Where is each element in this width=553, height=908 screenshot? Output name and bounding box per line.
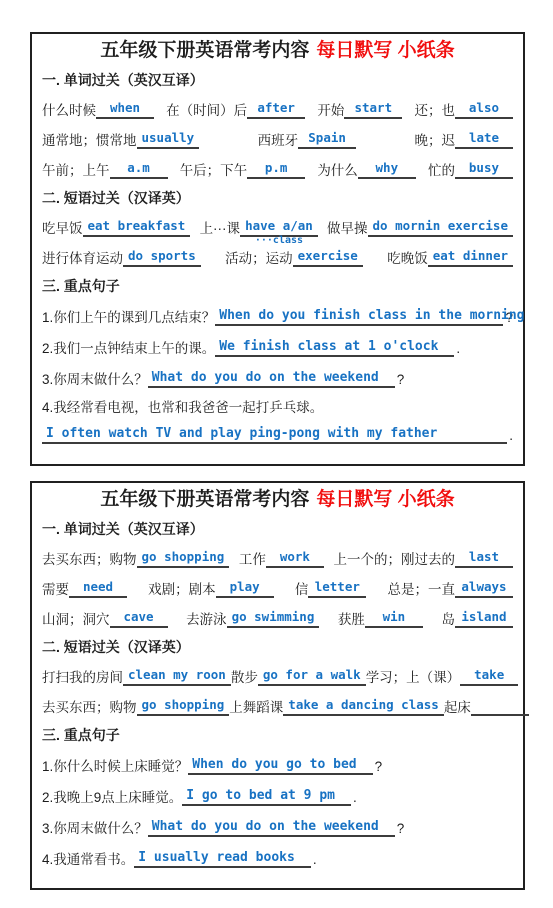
term-label: 吃早饭 xyxy=(42,221,83,237)
answer-text: When do you go to bed xyxy=(192,757,356,772)
answer-text: go swimming xyxy=(232,609,315,624)
answer-text: What do you do on the weekend xyxy=(152,819,379,834)
answer-blank: have a/an···class xyxy=(240,217,318,237)
term-pair: 为什么why xyxy=(317,159,416,179)
answer-text: play xyxy=(230,579,260,594)
term-pair: 还；也also xyxy=(414,99,513,119)
answer-text: go shopping xyxy=(142,549,225,564)
term-row: 吃早饭eat breakfast上···课have a/an···class做早… xyxy=(42,217,513,237)
answer-blank: late xyxy=(455,129,513,149)
answer-blank: do mornin exercise xyxy=(368,217,513,237)
answer-blank: do sports xyxy=(123,247,201,267)
title-text: 五年级下册英语常考内容 xyxy=(100,489,309,510)
answer-text: take xyxy=(474,667,504,682)
term-label: 信 xyxy=(295,582,309,598)
term-label: 忙的 xyxy=(428,163,455,179)
term-label: 午前；上午 xyxy=(42,163,110,179)
term-pair: 需要need xyxy=(42,578,127,598)
section-heading: 三. 重点句子 xyxy=(42,726,513,744)
term-label: 戏剧；剧本 xyxy=(148,582,216,598)
term-pair: 山洞；洞穴cave xyxy=(42,608,168,628)
term-pair: 去买东西；购物go shopping xyxy=(42,696,229,716)
term-label: 打扫我的房间 xyxy=(42,670,123,686)
sentence-row: 1.你什么时候上床睡觉？When do you go to bed? xyxy=(42,755,513,775)
answer-blank: need xyxy=(69,578,127,598)
answer-text: do mornin exercise xyxy=(373,218,508,233)
sentence-punctuation: ? xyxy=(397,821,405,837)
term-label: 在（时间）后 xyxy=(166,103,247,119)
answer-text: late xyxy=(469,130,499,145)
term-label: 做早操 xyxy=(327,221,368,237)
answer-blank: also xyxy=(455,99,513,119)
answer-text: busy xyxy=(469,160,499,175)
answer-blank: always xyxy=(455,578,513,598)
term-label: 活动；运动 xyxy=(225,251,293,267)
term-pair: 信letter xyxy=(295,578,367,598)
section-heading: 二. 短语过关（汉译英） xyxy=(42,638,513,656)
term-row: 午前；上午a.m午后；下午p.m为什么why忙的busy xyxy=(42,159,513,179)
answer-text: do sports xyxy=(128,248,196,263)
term-pair: 开始start xyxy=(317,99,402,119)
answer-blank: win xyxy=(365,608,423,628)
term-pair: 上舞蹈课take a dancing class xyxy=(229,696,444,716)
answer-text: usually xyxy=(142,130,195,145)
term-label: 还；也 xyxy=(414,103,455,119)
term-pair: 忙的busy xyxy=(428,159,513,179)
answer-text: I go to bed at 9 pm xyxy=(186,788,335,803)
sentence-punctuation: . xyxy=(509,428,513,444)
section-heading: 三. 重点句子 xyxy=(42,277,513,295)
answer-text: also xyxy=(469,100,499,115)
answer-blank: when xyxy=(96,99,154,119)
sentence-punctuation: ? xyxy=(397,372,405,388)
term-label: 工作 xyxy=(239,552,266,568)
term-label: 获胜 xyxy=(338,612,365,628)
answer-blank: why xyxy=(358,159,416,179)
answer-blank: go swimming xyxy=(227,608,320,628)
answer-text: When do you finish class in the morning xyxy=(219,308,524,323)
term-label: 什么时候 xyxy=(42,103,96,119)
sentence-prompt: 3.你周末做什么？ xyxy=(42,820,148,837)
answer-text: I often watch TV and play ping-pong with… xyxy=(46,426,437,441)
term-pair: 做早操do mornin exercise xyxy=(327,217,513,237)
sentence-prompt: 4.我经常看电视，也常和我爸爸一起打乒乓球。 xyxy=(42,399,513,416)
answer-blank: go for a walk xyxy=(258,666,366,686)
sentence-answer-blank: What do you do on the weekend xyxy=(148,368,395,388)
term-label: 通常地；惯常地 xyxy=(42,133,137,149)
term-label: 为什么 xyxy=(317,163,358,179)
term-row: 什么时候when在（时间）后after开始start还；也also xyxy=(42,99,513,119)
sentence-answer-blank: When do you go to bed xyxy=(188,755,372,775)
sentence-prompt: 2.我晚上9点上床睡觉。 xyxy=(42,789,182,806)
sentence-answer-blank: I usually read books xyxy=(134,848,311,868)
sentence-row: 3.你周末做什么？What do you do on the weekend? xyxy=(42,817,513,837)
answer-text: eat dinner xyxy=(433,248,508,263)
term-label: 上一个的；刚过去的 xyxy=(333,552,455,568)
worksheet-page: 五年级下册英语常考内容每日默写 小纸条一. 单词过关（英汉互译）什么时候when… xyxy=(0,0,553,908)
term-label: 上舞蹈课 xyxy=(229,700,283,716)
term-label: 开始 xyxy=(317,103,344,119)
answer-blank: eat dinner xyxy=(428,247,513,267)
term-label: 总是；一直 xyxy=(387,582,455,598)
answer-text: last xyxy=(469,549,499,564)
answer-blank xyxy=(471,714,529,716)
term-pair: 什么时候when xyxy=(42,99,154,119)
term-pair: 午前；上午a.m xyxy=(42,159,168,179)
term-pair: 上一个的；刚过去的last xyxy=(333,548,513,568)
worksheet-panel-bottom: 五年级下册英语常考内容每日默写 小纸条一. 单词过关（英汉互译）去买东西；购物g… xyxy=(30,481,525,890)
sentence-answer-row: I often watch TV and play ping-pong with… xyxy=(42,424,513,444)
answer-text: cave xyxy=(123,609,153,624)
term-pair: 吃早饭eat breakfast xyxy=(42,217,190,237)
sentence-row: 4.我通常看书。I usually read books. xyxy=(42,848,513,868)
answer-text: What do you do on the weekend xyxy=(152,370,379,385)
worksheet-title: 五年级下册英语常考内容每日默写 小纸条 xyxy=(42,486,513,513)
answer-blank: usually xyxy=(137,129,200,149)
term-pair: 活动；运动exercise xyxy=(225,247,363,267)
term-pair: 起床 xyxy=(444,700,529,716)
answer-text: need xyxy=(83,579,113,594)
answer-text: start xyxy=(354,100,392,115)
term-pair: 获胜win xyxy=(338,608,423,628)
answer-blank: p.m xyxy=(247,159,305,179)
sentence-row: 2.我晚上9点上床睡觉。I go to bed at 9 pm. xyxy=(42,786,513,806)
answer-text: when xyxy=(110,100,140,115)
term-row: 去买东西；购物go shopping上舞蹈课take a dancing cla… xyxy=(42,696,513,716)
answer-blank: last xyxy=(455,548,513,568)
answer-text: Spain xyxy=(308,130,346,145)
term-label: 去买东西；购物 xyxy=(42,700,137,716)
title-accent-text: 每日默写 小纸条 xyxy=(316,489,454,510)
sentence-answer-blank: We finish class at 1 o'clock xyxy=(215,337,454,357)
sentence-answer-blank: When do you finish class in the morning xyxy=(215,306,503,326)
worksheet-panel-top: 五年级下册英语常考内容每日默写 小纸条一. 单词过关（英汉互译）什么时候when… xyxy=(30,32,525,466)
answer-text: a.m xyxy=(127,160,150,175)
sentence-row: 1.你们上午的课到几点结束？When do you finish class i… xyxy=(42,306,513,326)
answer-blank: cave xyxy=(110,608,168,628)
term-label: 起床 xyxy=(444,700,471,716)
answer-blank: work xyxy=(266,548,324,568)
answer-blank: play xyxy=(216,578,274,598)
answer-text: eat breakfast xyxy=(88,218,186,233)
term-pair: 去游泳go swimming xyxy=(186,608,319,628)
worksheet-title: 五年级下册英语常考内容每日默写 小纸条 xyxy=(42,37,513,64)
answer-text: always xyxy=(461,579,506,594)
term-pair: 戏剧；剧本play xyxy=(148,578,274,598)
answer-blank: Spain xyxy=(298,129,356,149)
term-label: 西班牙 xyxy=(258,133,299,149)
term-label: 散步 xyxy=(231,670,258,686)
term-pair: 去买东西；购物go shopping xyxy=(42,548,229,568)
sentence-prompt: 1.你们上午的课到几点结束？ xyxy=(42,309,215,326)
sentence-row: 2.我们一点钟结束上午的课。We finish class at 1 o'clo… xyxy=(42,337,513,357)
term-pair: 通常地；惯常地usually xyxy=(42,129,199,149)
answer-text: exercise xyxy=(298,248,358,263)
answer-blank: island xyxy=(455,608,513,628)
answer-subtext: ···class xyxy=(255,235,303,246)
answer-text: why xyxy=(376,160,399,175)
answer-text: take a dancing class xyxy=(288,697,439,712)
term-row: 需要need戏剧；剧本play信letter总是；一直always xyxy=(42,578,513,598)
answer-blank: go shopping xyxy=(137,696,230,716)
term-label: 晚；迟 xyxy=(415,133,456,149)
answer-text: after xyxy=(257,100,295,115)
sentence-answer-blank: I often watch TV and play ping-pong with… xyxy=(42,424,507,444)
section-heading: 二. 短语过关（汉译英） xyxy=(42,189,513,207)
term-pair: 工作work xyxy=(239,548,324,568)
sentence-answer-blank: What do you do on the weekend xyxy=(148,817,395,837)
answer-text: go for a walk xyxy=(263,667,361,682)
term-label: 上···课 xyxy=(200,221,241,237)
section-heading: 一. 单词过关（英汉互译） xyxy=(42,520,513,538)
term-row: 去买东西；购物go shopping工作work上一个的；刚过去的last xyxy=(42,548,513,568)
title-text: 五年级下册英语常考内容 xyxy=(100,40,309,61)
answer-blank: clean my roon xyxy=(123,666,231,686)
sentence-prompt: 2.我们一点钟结束上午的课。 xyxy=(42,340,215,357)
sentence-answer-blank: I go to bed at 9 pm xyxy=(182,786,351,806)
sentence-prompt: 1.你什么时候上床睡觉？ xyxy=(42,758,188,775)
term-pair: 西班牙Spain xyxy=(258,129,357,149)
term-row: 打扫我的房间clean my roon散步go for a walk学习；上（课… xyxy=(42,666,513,686)
sentence-punctuation: . xyxy=(353,790,357,806)
answer-text: island xyxy=(461,609,506,624)
answer-text: win xyxy=(383,609,406,624)
term-pair: 总是；一直always xyxy=(387,578,513,598)
answer-text: have a/an xyxy=(245,218,313,233)
term-pair: 学习；上（课）take xyxy=(366,666,519,686)
term-label: 午后；下午 xyxy=(180,163,248,179)
term-row: 进行体育运动do sports活动；运动exercise吃晚饭eat dinne… xyxy=(42,247,513,267)
answer-blank: take xyxy=(460,666,518,686)
answer-blank: exercise xyxy=(293,247,363,267)
sentence-punctuation: ? xyxy=(375,759,383,775)
section-heading: 一. 单词过关（英汉互译） xyxy=(42,71,513,89)
sentence-prompt: 4.我通常看书。 xyxy=(42,851,134,868)
term-label: 岛 xyxy=(441,612,455,628)
answer-blank: a.m xyxy=(110,159,168,179)
term-label: 去游泳 xyxy=(186,612,227,628)
sentence-punctuation: . xyxy=(313,852,317,868)
answer-text: work xyxy=(280,549,310,564)
term-label: 山洞；洞穴 xyxy=(42,612,110,628)
answer-blank: start xyxy=(344,99,402,119)
term-pair: 打扫我的房间clean my roon xyxy=(42,666,231,686)
answer-blank: take a dancing class xyxy=(283,696,444,716)
answer-text: I usually read books xyxy=(138,850,295,865)
answer-blank: busy xyxy=(455,159,513,179)
sentence-prompt: 3.你周末做什么？ xyxy=(42,371,148,388)
term-pair: 午后；下午p.m xyxy=(180,159,306,179)
term-pair: 晚；迟late xyxy=(415,129,514,149)
term-pair: 散步go for a walk xyxy=(231,666,366,686)
sentence-row: 3.你周末做什么？What do you do on the weekend? xyxy=(42,368,513,388)
term-label: 去买东西；购物 xyxy=(42,552,137,568)
answer-text: letter xyxy=(315,579,360,594)
answer-text: We finish class at 1 o'clock xyxy=(219,339,438,354)
term-label: 进行体育运动 xyxy=(42,251,123,267)
term-pair: 上···课have a/an···class xyxy=(200,217,318,237)
answer-text: clean my roon xyxy=(128,667,226,682)
answer-text: go shopping xyxy=(142,697,225,712)
term-label: 吃晚饭 xyxy=(387,251,428,267)
answer-blank: letter xyxy=(308,578,366,598)
term-pair: 吃晚饭eat dinner xyxy=(387,247,513,267)
sentence-punctuation: . xyxy=(456,341,460,357)
term-row: 山洞；洞穴cave去游泳go swimming获胜win岛island xyxy=(42,608,513,628)
term-label: 学习；上（课） xyxy=(366,670,461,686)
term-label: 需要 xyxy=(42,582,69,598)
answer-blank: after xyxy=(247,99,305,119)
answer-blank: eat breakfast xyxy=(83,217,191,237)
term-pair: 在（时间）后after xyxy=(166,99,305,119)
term-row: 通常地；惯常地usually西班牙Spain晚；迟late xyxy=(42,129,513,149)
answer-text: p.m xyxy=(265,160,288,175)
term-pair: 进行体育运动do sports xyxy=(42,247,201,267)
term-pair: 岛island xyxy=(441,608,513,628)
answer-blank: go shopping xyxy=(137,548,230,568)
title-accent-text: 每日默写 小纸条 xyxy=(316,40,454,61)
